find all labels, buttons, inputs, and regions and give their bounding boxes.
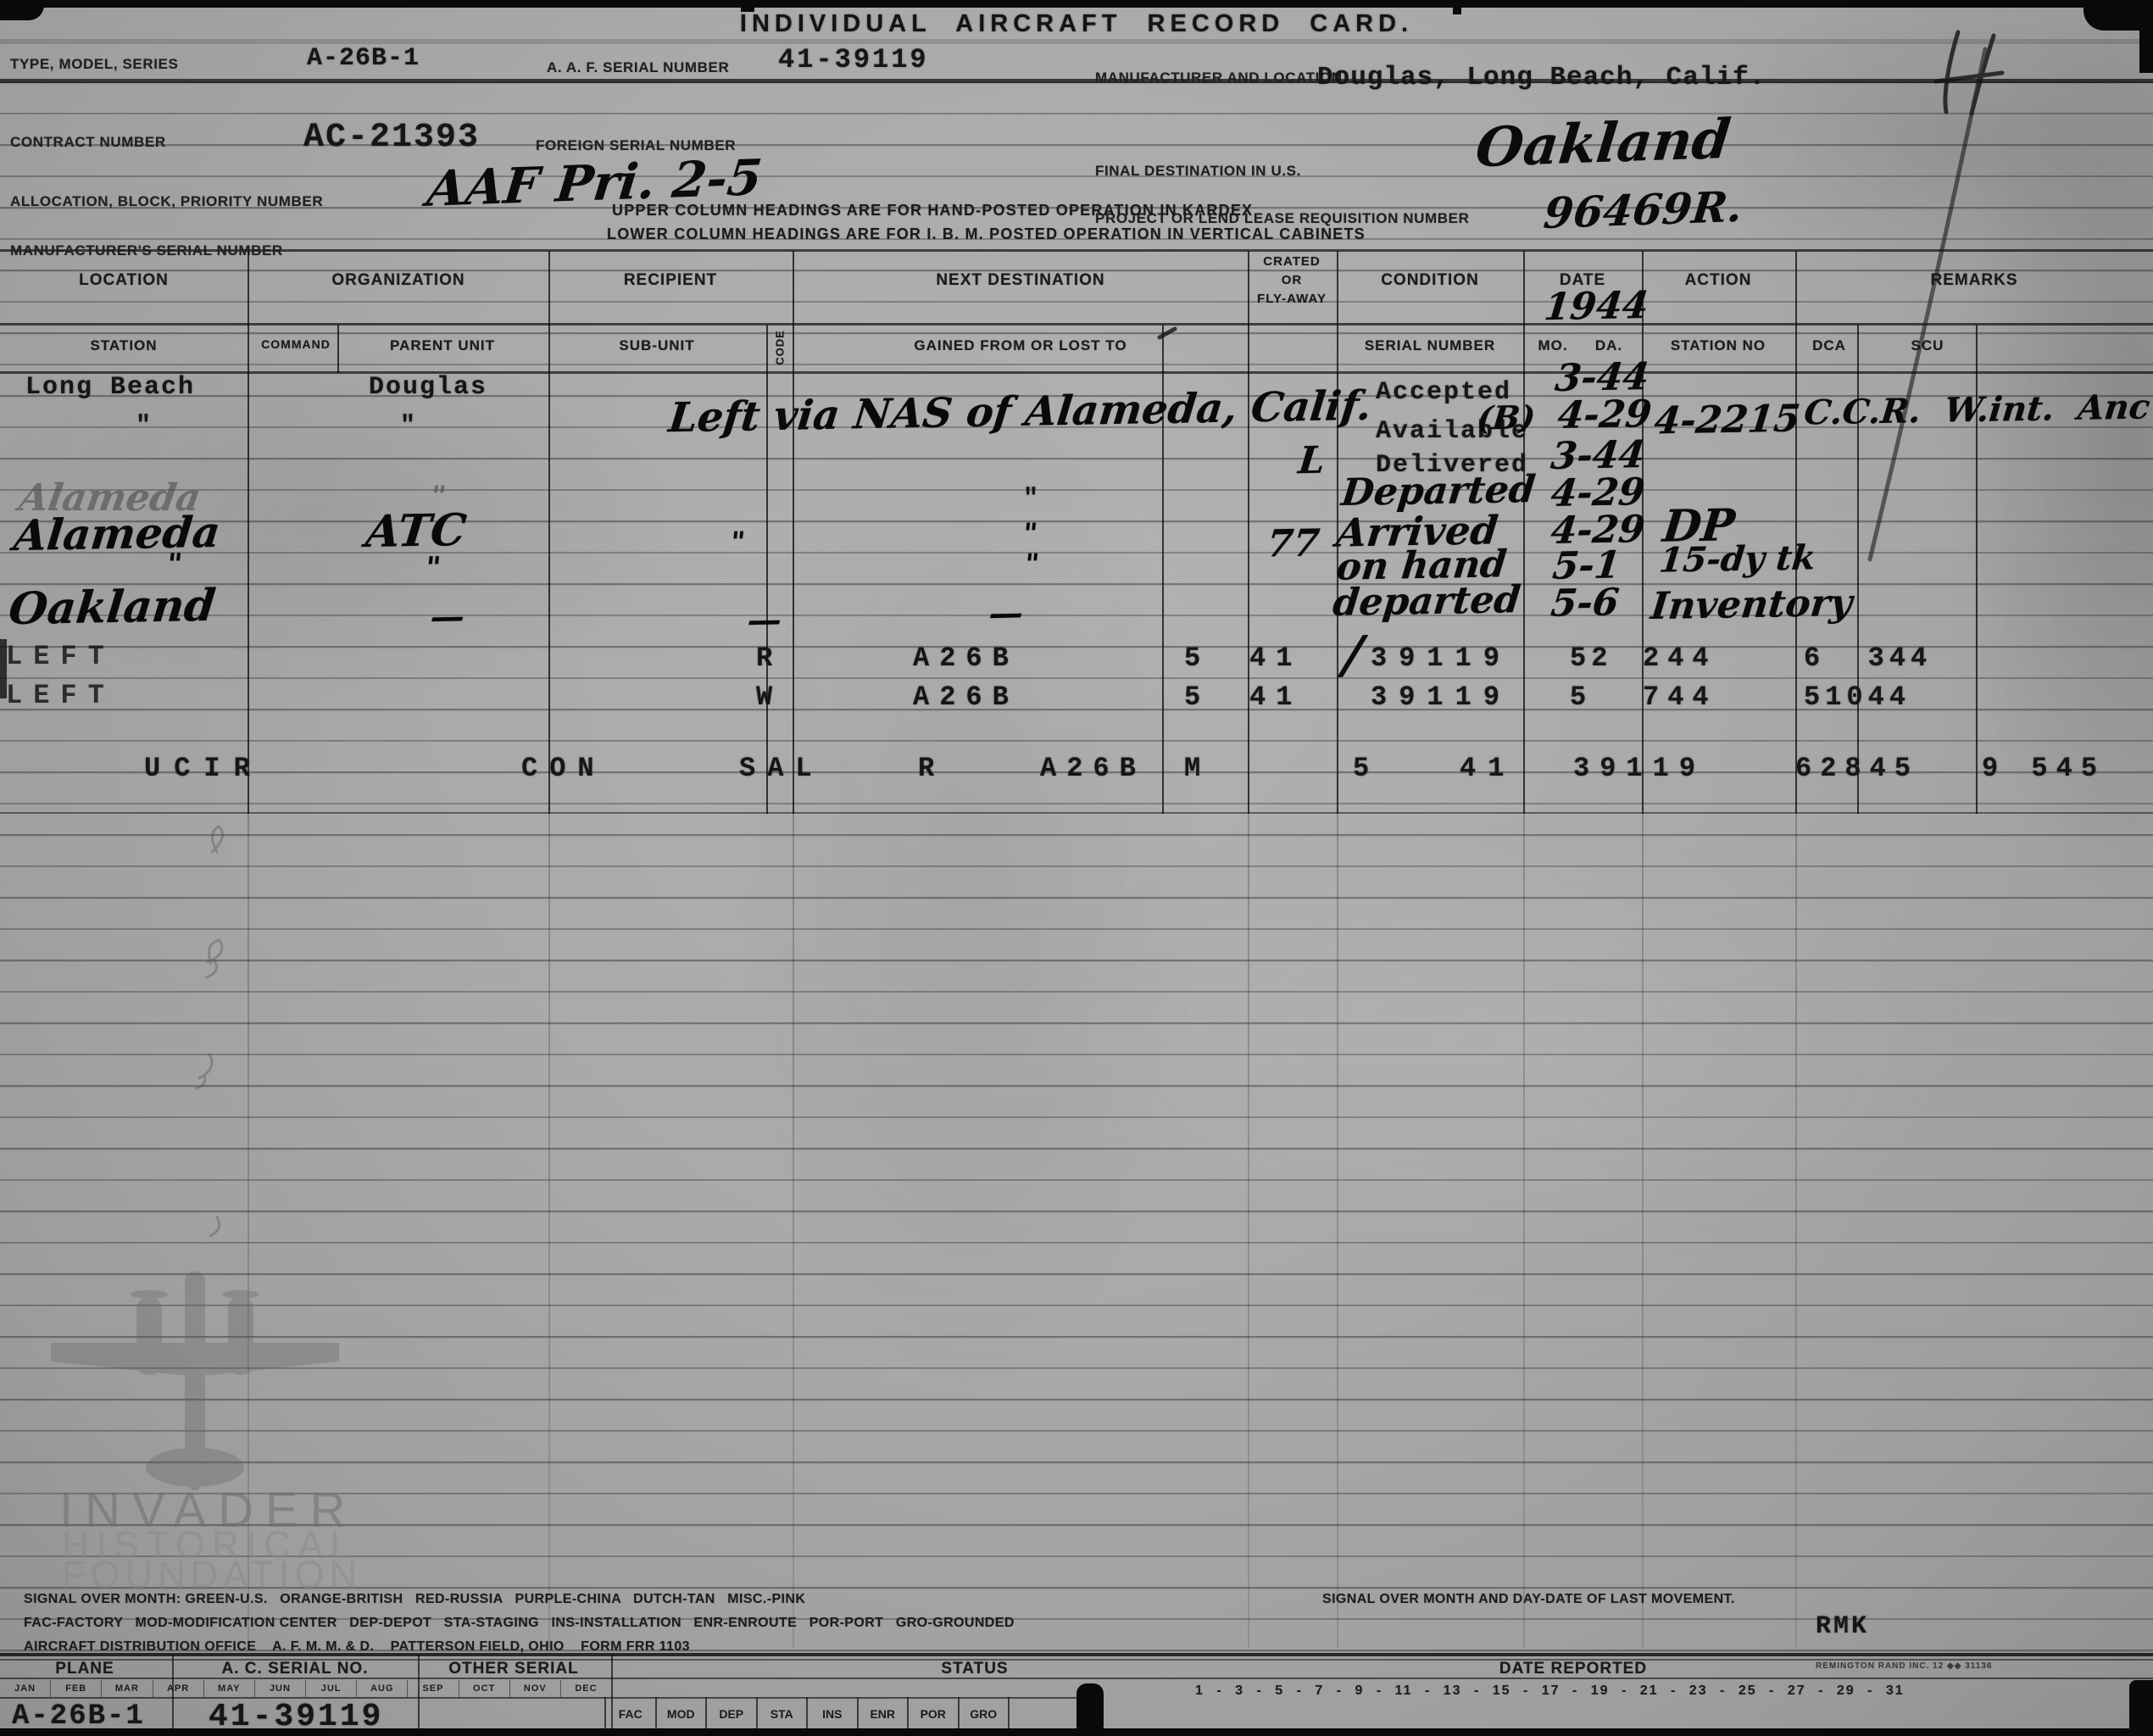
scan-corner-top-left — [0, 0, 44, 20]
aircraft-record-card: INDIVIDUAL AIRCRAFT RECORD CARD. TYPE, M… — [0, 0, 2153, 1736]
scan-mark-top-1 — [741, 0, 754, 12]
scan-edge-bottom — [0, 1728, 2153, 1736]
pen-flourish — [0, 0, 2153, 1736]
scan-mark-top-2 — [1453, 0, 1461, 14]
pencil-scribbles — [196, 826, 223, 1236]
scan-mark-left-edge — [0, 639, 7, 698]
scan-edge-top-right — [2139, 0, 2153, 73]
scan-edge-top — [0, 0, 2153, 8]
